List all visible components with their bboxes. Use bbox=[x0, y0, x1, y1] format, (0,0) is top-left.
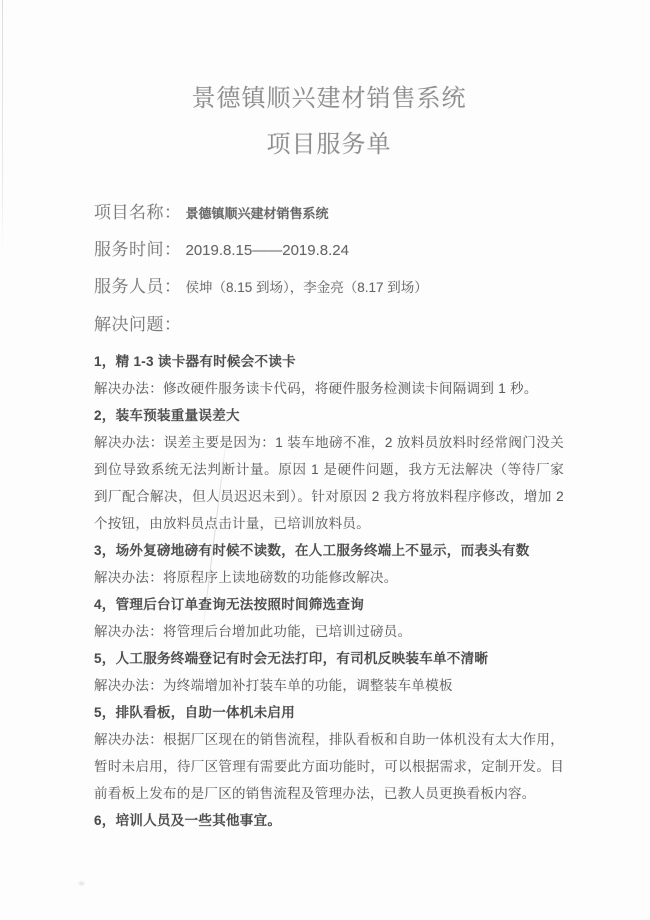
document-content: 景德镇顺兴建材销售系统 项目服务单 项目名称： 景德镇顺兴建材销售系统 服务时间… bbox=[0, 84, 650, 834]
issue-title: 1，精 1-3 读卡器有时候会不读卡 bbox=[94, 348, 564, 375]
issue-block-2: 2，装车预装重量误差大 解决办法：误差主要是因为：1 装车地磅不准，2 放料员放… bbox=[94, 402, 564, 537]
issue-solution: 解决办法：为终端增加补打装车单的功能，调整装车单模板 bbox=[94, 672, 564, 699]
issue-block-6: 6，培训人员及一些其他事宜。 bbox=[94, 807, 564, 834]
issue-block-5b: 5，排队看板，自助一体机未启用 解决办法：根据厂区现在的销售流程，排队看板和自助… bbox=[94, 699, 564, 807]
issue-title: 5，排队看板，自助一体机未启用 bbox=[94, 699, 564, 726]
document-title: 景德镇顺兴建材销售系统 bbox=[94, 84, 564, 114]
issue-solution: 解决办法：根据厂区现在的销售流程，排队看板和自助一体机没有太大作用，暂时未启用，… bbox=[94, 726, 564, 807]
service-time-label: 服务时间： bbox=[94, 239, 182, 260]
document-subtitle: 项目服务单 bbox=[94, 130, 564, 160]
issue-block-3: 3，场外复磅地磅有时候不读数，在人工服务终端上不显示，而表头有数 解决办法：将原… bbox=[94, 537, 564, 591]
issue-solution: 解决办法：修改硬件服务读卡代码，将硬件服务检测读卡间隔调到 1 秒。 bbox=[94, 375, 564, 402]
issue-title: 3，场外复磅地磅有时候不读数，在人工服务终端上不显示，而表头有数 bbox=[94, 537, 564, 564]
issue-solution: 解决办法：误差主要是因为：1 装车地磅不准，2 放料员放料时经常阀门没关到位导致… bbox=[94, 429, 564, 537]
field-row-project-name: 项目名称： 景德镇顺兴建材销售系统 bbox=[94, 202, 564, 223]
issue-block-5: 5，人工服务终端登记有时会无法打印，有司机反映装车单不清晰 解决办法：为终端增加… bbox=[94, 645, 564, 699]
issue-solution: 解决办法：将原程序上读地磅数的功能修改解决。 bbox=[94, 564, 564, 591]
issue-solution: 解决办法：将管理后台增加此功能，已培训过磅员。 bbox=[94, 618, 564, 645]
issues-heading: 解决问题： bbox=[94, 314, 564, 335]
issue-block-4: 4，管理后台订单查询无法按照时间筛选查询 解决办法：将管理后台增加此功能，已培训… bbox=[94, 591, 564, 645]
service-staff-value: 侯坤（8.15 到场），李金亮（8.17 到场） bbox=[186, 276, 428, 296]
scan-edge-artifact bbox=[2, 0, 3, 255]
project-name-label: 项目名称： bbox=[94, 202, 182, 223]
issue-title: 6，培训人员及一些其他事宜。 bbox=[94, 807, 564, 834]
issue-title: 4，管理后台订单查询无法按照时间筛选查询 bbox=[94, 591, 564, 618]
issue-title: 2，装车预装重量误差大 bbox=[94, 402, 564, 429]
issue-block-1: 1，精 1-3 读卡器有时候会不读卡 解决办法：修改硬件服务读卡代码，将硬件服务… bbox=[94, 348, 564, 402]
issue-title: 5，人工服务终端登记有时会无法打印，有司机反映装车单不清晰 bbox=[94, 645, 564, 672]
service-time-value: 2019.8.15——2019.8.24 bbox=[186, 242, 349, 259]
project-name-value: 景德镇顺兴建材销售系统 bbox=[186, 203, 329, 222]
field-row-service-time: 服务时间： 2019.8.15——2019.8.24 bbox=[94, 239, 564, 260]
field-row-service-staff: 服务人员： 侯坤（8.15 到场），李金亮（8.17 到场） bbox=[94, 276, 564, 297]
service-staff-label: 服务人员： bbox=[94, 276, 182, 297]
scan-smudge-artifact bbox=[78, 881, 85, 886]
scanned-service-sheet: 景德镇顺兴建材销售系统 项目服务单 项目名称： 景德镇顺兴建材销售系统 服务时间… bbox=[0, 0, 650, 920]
field-list: 项目名称： 景德镇顺兴建材销售系统 服务时间： 2019.8.15——2019.… bbox=[94, 202, 564, 297]
